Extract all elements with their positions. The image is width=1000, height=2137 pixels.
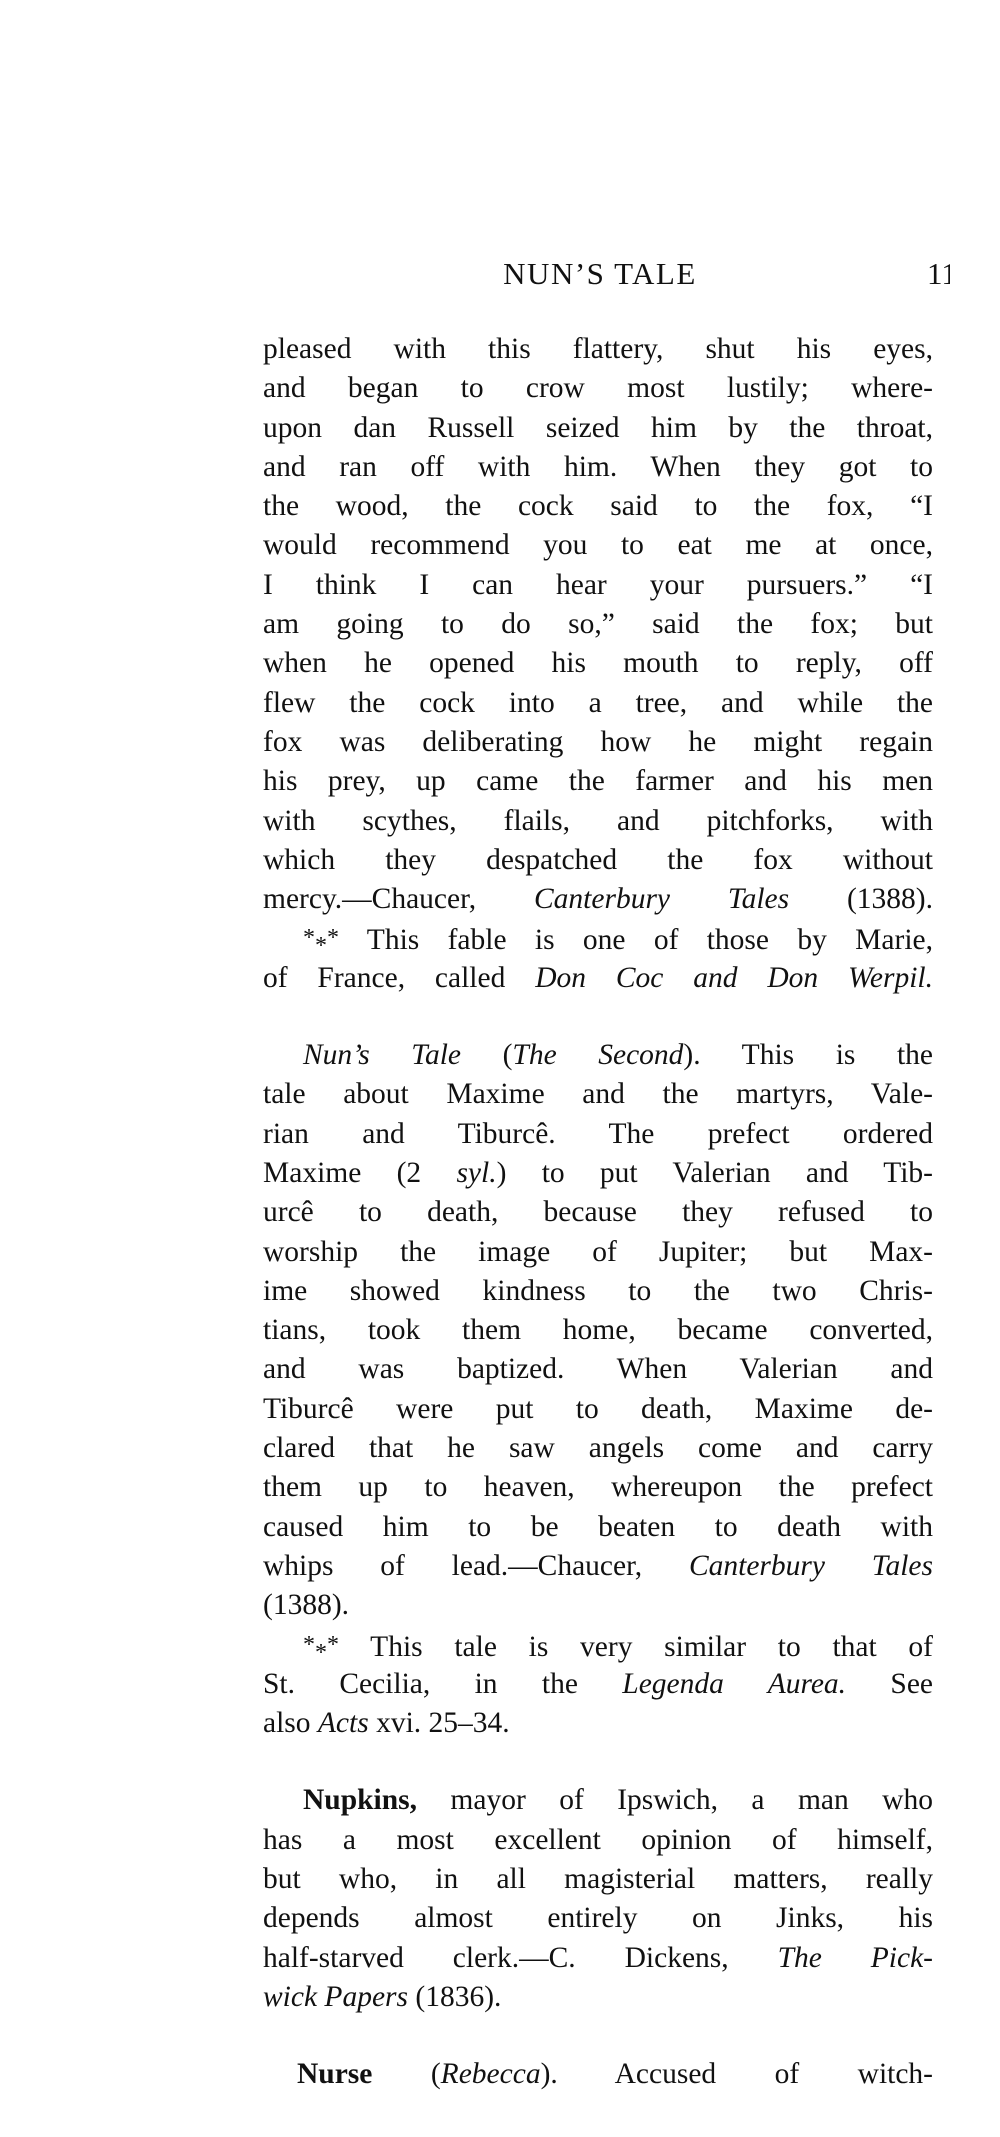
- headword-qualifier: Rebecca: [441, 2058, 541, 2090]
- text-line: ime showed kindness to the two Chris-: [263, 1272, 933, 1311]
- citation-author: whips of lead.—Chaucer,: [263, 1550, 689, 1582]
- text-line: with scythes, flails, and pitchforks, wi…: [263, 802, 933, 841]
- text-line: has a most excellent opinion of himself,: [263, 1821, 933, 1860]
- entry-headword: Nurse: [297, 2058, 372, 2090]
- note-line: *** This fable is one of those by Marie,: [263, 919, 933, 958]
- text-line: but who, in all magisterial matters, rea…: [263, 1860, 933, 1899]
- text-line: would recommend you to eat me at once,: [263, 526, 933, 565]
- text-line: the wood, the cock said to the fox, “I: [263, 487, 933, 526]
- text-line: and was baptized. When Valerian and: [263, 1350, 933, 1389]
- text-line: when he opened his mouth to reply, off: [263, 644, 933, 683]
- entry-headword: Nun’s Tale: [303, 1039, 461, 1071]
- asterism-icon: ***: [303, 1626, 339, 1665]
- text-line: clared that he saw angels come and carry: [263, 1429, 933, 1468]
- citation-author: mercy.—Chaucer,: [263, 883, 534, 915]
- citation-year: (1388).: [263, 1586, 933, 1625]
- citation-work-title: wick Papers: [263, 1981, 408, 2013]
- text-line: fox was deliberating how he might regain: [263, 723, 933, 762]
- citation-work-title: The Pick-: [778, 1942, 933, 1974]
- headword-qualifier: The Second: [512, 1039, 683, 1071]
- note-work-title: Acts: [318, 1707, 369, 1739]
- note-line: *** This tale is very similar to that of: [263, 1626, 933, 1665]
- running-head: NUN’S TALE 11: [0, 254, 1000, 294]
- citation-work-title: Canterbury Tales: [534, 883, 789, 915]
- note-work-title: Legenda Aurea.: [622, 1668, 846, 1700]
- text-line: upon dan Russell seized him by the throa…: [263, 409, 933, 448]
- note-line: St. Cecilia, in the Legenda Aurea. See: [263, 1665, 933, 1704]
- entry-first-line: Nurse (Rebecca). Accused of witch-: [263, 2055, 933, 2094]
- text-line: pleased with this flattery, shut his eye…: [263, 330, 933, 369]
- text-column: pleased with this flattery, shut his eye…: [263, 330, 933, 2094]
- text-line: depends almost entirely on Jinks, his: [263, 1899, 933, 1938]
- citation-year: (1388).: [789, 883, 933, 915]
- text-line: worship the image of Jupiter; but Max-: [263, 1233, 933, 1272]
- text-line: I think I can hear your pursuers.” “I: [263, 566, 933, 605]
- note-line: also Acts xvi. 25–34.: [263, 1704, 933, 1743]
- text-line: caused him to be beaten to death with: [263, 1508, 933, 1547]
- text-line: tians, took them home, became converted,: [263, 1311, 933, 1350]
- text-line: and began to crow most lustily; where-: [263, 369, 933, 408]
- asterism-icon: ***: [303, 919, 339, 958]
- text-line: Tiburcê were put to death, Maxime de-: [263, 1390, 933, 1429]
- entry-headword: Nupkins,: [303, 1784, 417, 1816]
- entry-first-line: Nun’s Tale (The Second). This is the: [263, 1036, 933, 1075]
- text-line: Maxime (2 syl.) to put Valerian and Tib-: [263, 1154, 933, 1193]
- note-line: of France, called Don Coc and Don Werpil…: [263, 959, 933, 998]
- text-line: which they despatched the fox without: [263, 841, 933, 880]
- citation-line: wick Papers (1836).: [263, 1978, 933, 2017]
- page-number: 11: [927, 254, 950, 294]
- text-line: rian and Tiburcê. The prefect ordered: [263, 1115, 933, 1154]
- text-line: and ran off with him. When they got to: [263, 448, 933, 487]
- citation-author: half-starved clerk.—C. Dickens,: [263, 1942, 778, 1974]
- entry-nurse: Nurse (Rebecca). Accused of witch-: [263, 2055, 933, 2094]
- citation-work-title: Canterbury Tales: [689, 1550, 933, 1582]
- citation-line: mercy.—Chaucer, Canterbury Tales (1388).: [263, 880, 933, 919]
- entry-first-line: Nupkins, mayor of Ipswich, a man who: [263, 1781, 933, 1820]
- running-title: NUN’S TALE: [472, 254, 728, 294]
- citation-line: whips of lead.—Chaucer, Canterbury Tales: [263, 1547, 933, 1586]
- text-line: them up to heaven, whereupon the prefect: [263, 1468, 933, 1507]
- text-line: his prey, up came the farmer and his men: [263, 762, 933, 801]
- text-line: tale about Maxime and the martyrs, Vale-: [263, 1075, 933, 1114]
- text-line: flew the cock into a tree, and while the: [263, 684, 933, 723]
- text-line: am going to do so,” said the fox; but: [263, 605, 933, 644]
- entry-nuns-tale-second: Nun’s Tale (The Second). This is the tal…: [263, 1036, 933, 1743]
- text-line: urcê to death, because they refused to: [263, 1193, 933, 1232]
- entry-nuns-tale-continued: pleased with this flattery, shut his eye…: [263, 330, 933, 998]
- note-text: This fable is one of those by Marie,: [339, 924, 933, 956]
- note-text: This tale is very similar to that of: [339, 1631, 933, 1663]
- entry-nupkins: Nupkins, mayor of Ipswich, a man who has…: [263, 1781, 933, 2017]
- note-work-title: Don Coc and Don Werpil.: [535, 962, 933, 994]
- citation-line: half-starved clerk.—C. Dickens, The Pick…: [263, 1939, 933, 1978]
- citation-year: (1836).: [408, 1981, 501, 2013]
